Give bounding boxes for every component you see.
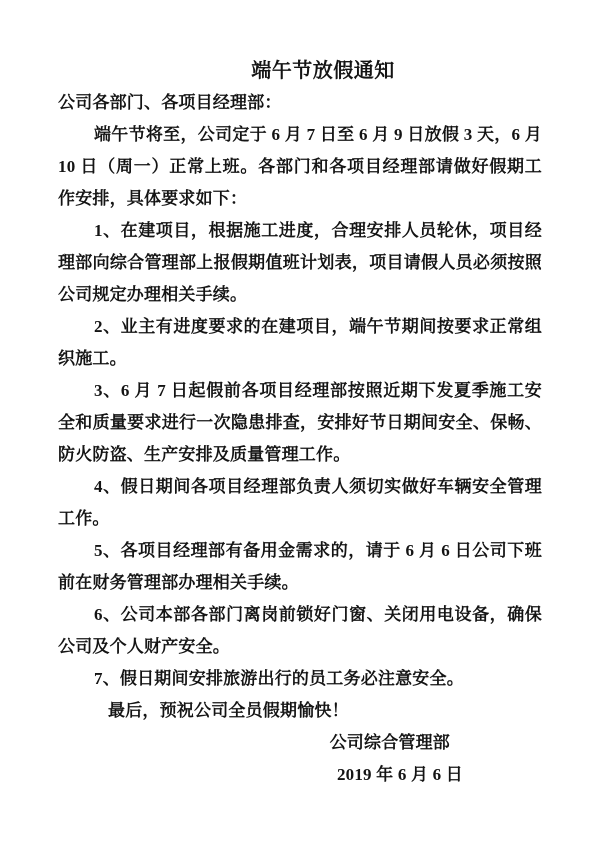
paragraph-item-2: 2、业主有进度要求的在建项目，端午节期间按要求正常组织施工。	[58, 311, 542, 375]
notice-document-page: 端午节放假通知 公司各部门、各项目经理部： 端午节将至，公司定于 6 月 7 日…	[0, 0, 600, 848]
paragraph-item-4: 4、假日期间各项目经理部负责人须切实做好车辆安全管理工作。	[58, 471, 542, 535]
paragraph-item-7: 7、假日期间安排旅游出行的员工务必注意安全。	[58, 663, 542, 695]
closing-line: 最后，预祝公司全员假期愉快！	[58, 695, 542, 727]
paragraph-item-6: 6、公司本部各部门离岗前锁好门窗、关闭用电设备，确保公司及个人财产安全。	[58, 599, 542, 663]
paragraph-item-3: 3、6 月 7 日起假前各项目经理部按照近期下发夏季施工安全和质量要求进行一次隐…	[58, 375, 542, 471]
paragraph-intro: 端午节将至，公司定于 6 月 7 日至 6 月 9 日放假 3 天，6 月 10…	[58, 119, 542, 215]
document-title: 端午节放假通知	[58, 55, 542, 87]
salutation-line: 公司各部门、各项目经理部：	[58, 87, 542, 119]
paragraph-item-5: 5、各项目经理部有备用金需求的，请于 6 月 6 日公司下班前在财务管理部办理相…	[58, 535, 542, 599]
paragraph-item-1: 1、在建项目，根据施工进度，合理安排人员轮休，项目经理部向综合管理部上报假期值班…	[58, 215, 542, 311]
signature-date: 2019 年 6 月 6 日	[58, 759, 542, 791]
signature-department: 公司综合管理部	[58, 727, 542, 759]
